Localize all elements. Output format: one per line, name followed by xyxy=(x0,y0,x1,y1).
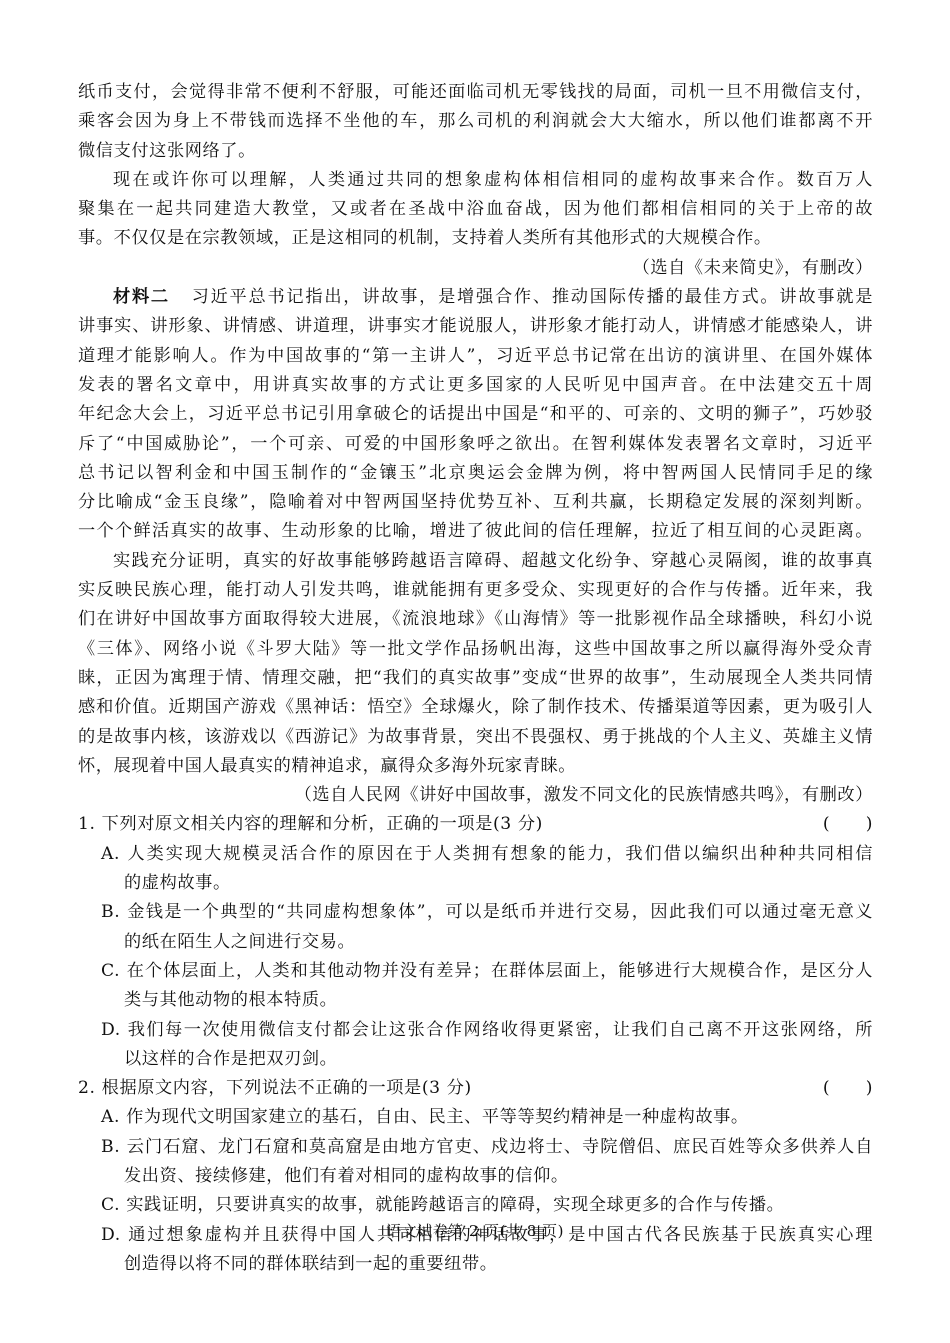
option-b: B. 金钱是一个典型的“共同虚构想象体”，可以是纸币并进行交易，因此我们可以通过… xyxy=(78,898,873,927)
option-d-cont: 以这样的合作是把双刃剑。 xyxy=(78,1045,873,1074)
option-b: B. 云门石窟、龙门石窟和莫高窟是由地方官吏、戍边将士、寺院僧侣、庶民百姓等众多… xyxy=(78,1133,873,1162)
option-a: A. 人类实现大规模灵活合作的原因在于人类拥有想象的能力，我们借以编织出种种共同… xyxy=(78,840,873,869)
text-line: 感和价值。近期国产游戏《黑神话：悟空》全球爆火，除了制作技术、传播渠道等因素，更… xyxy=(78,693,873,722)
option-a: A. 作为现代文明国家建立的基石，自由、民主、平等等契约精神是一种虚构故事。 xyxy=(78,1103,873,1132)
answer-blank[interactable]: ( ) xyxy=(823,1074,873,1103)
text-line: 道理才能影响人。作为中国故事的“第一主讲人”，习近平总书记常在出访的演讲里、在国… xyxy=(78,342,873,371)
text-line: 事。不仅仅是在宗教领域，正是这相同的机制，支持着人类所有其他形式的大规模合作。 xyxy=(78,224,873,253)
option-c: C. 在个体层面上，人类和其他动物并没有差异；在群体层面上，能够进行大规模合作，… xyxy=(78,957,873,986)
text-line: 分比喻成“金玉良缘”，隐喻着对中智两国坚持优势互补、互利共赢，长期稳定发展的深刻… xyxy=(78,488,873,517)
page-footer: 语文试卷第 2 页(共 8 页) xyxy=(0,1220,950,1241)
text-line: 讲事实、讲形象、讲情感、讲道理，讲事实才能说服人，讲形象才能打动人，讲情感才能感… xyxy=(78,312,873,341)
text-line: 年纪念大会上，习近平总书记引用拿破仑的话提出中国是“和平的、可亲的、文明的狮子”… xyxy=(78,400,873,429)
option-b-cont: 发出资、接续修建，他们有着对相同的虚构故事的信仰。 xyxy=(78,1162,873,1191)
text-line: 现在或许你可以理解，人类通过共同的想象虚构体相信相同的虚构故事来合作。数百万人 xyxy=(78,166,873,195)
text-line: 的是故事内核，该游戏以《西游记》为故事背景，突出不畏强权、勇于挑战的个人主义、英… xyxy=(78,723,873,752)
option-b-cont: 的纸在陌生人之间进行交易。 xyxy=(78,928,873,957)
text-line: 聚集在一起共同建造大教堂，又或者在圣战中浴血奋战，因为他们都相信相同的关于上帝的… xyxy=(78,195,873,224)
text-line: 乘客会因为身上不带钱而选择不坐他的车，那么司机的利润就会大大缩水，所以他们谁都离… xyxy=(78,107,873,136)
option-d: D. 我们每一次使用微信支付都会让这张合作网络收得更紧密，让我们自己离不开这张网… xyxy=(78,1016,873,1045)
text-line: 总书记以智利金和中国玉制作的“金镶玉”北京奥运会金牌为例，将中智两国人民情同手足… xyxy=(78,459,873,488)
source-citation: （选自人民网《讲好中国故事，激发不同文化的民族情感共鸣》，有删改） xyxy=(78,781,873,810)
text-line: 材料二 习近平总书记指出，讲故事，是增强合作、推动国际传播的最佳方式。讲故事就是 xyxy=(78,283,873,312)
text-line: 微信支付这张网络了。 xyxy=(78,137,873,166)
text-line: 实反映民族心理，能打动人引发共鸣，谁就能拥有更多受众、实现更好的合作与传播。近年… xyxy=(78,576,873,605)
text-line: 怀，展现着中国人最真实的精神追求，赢得众多海外玩家青睐。 xyxy=(78,752,873,781)
answer-blank[interactable]: ( ) xyxy=(823,810,873,839)
text-line: 实践充分证明，真实的好故事能够跨越语言障碍、超越文化纷争、穿越心灵隔阂，谁的故事… xyxy=(78,547,873,576)
source-citation: （选自《未来简史》，有删改） xyxy=(78,254,873,283)
question-1-stem: 1. 下列对原文相关内容的理解和分析，正确的一项是(3 分) ( ) xyxy=(78,810,873,839)
text-line: 纸币支付，会觉得非常不便利不舒服，可能还面临司机无零钱找的局面，司机一旦不用微信… xyxy=(78,78,873,107)
text-line: 们在讲好中国故事方面取得较大进展，《流浪地球》《山海情》等一批影视作品全球播映，… xyxy=(78,605,873,634)
text-line: 一个个鲜活真实的故事、生动形象的比喻，增进了彼此间的信任理解，拉近了相互间的心灵… xyxy=(78,517,873,546)
text-line: 斥了“中国威胁论”，一个可亲、可爱的中国形象呼之欲出。在智利媒体发表署名文章时，… xyxy=(78,430,873,459)
exam-page: 纸币支付，会觉得非常不便利不舒服，可能还面临司机无零钱找的局面，司机一旦不用微信… xyxy=(78,78,873,1279)
option-a-cont: 的虚构故事。 xyxy=(78,869,873,898)
material-label: 材料二 xyxy=(113,287,170,307)
text-line: 发表的署名文章中，用讲真实故事的方式让更多国家的人民听见中国声音。在中法建交五十… xyxy=(78,371,873,400)
option-c-cont: 类与其他动物的根本特质。 xyxy=(78,986,873,1015)
question-2-stem: 2. 根据原文内容，下列说法不正确的一项是(3 分) ( ) xyxy=(78,1074,873,1103)
text-line: 《三体》、网络小说《斗罗大陆》等一批文学作品扬帆出海，这些中国故事之所以赢得海外… xyxy=(78,635,873,664)
text-line: 睐，正因为寓理于情、情理交融，把“我们的真实故事”变成“世界的故事”，生动展现全… xyxy=(78,664,873,693)
option-d-cont: 创造得以将不同的群体联结到一起的重要纽带。 xyxy=(78,1250,873,1279)
option-c: C. 实践证明，只要讲真实的故事，就能跨越语言的障碍，实现全球更多的合作与传播。 xyxy=(78,1191,873,1220)
